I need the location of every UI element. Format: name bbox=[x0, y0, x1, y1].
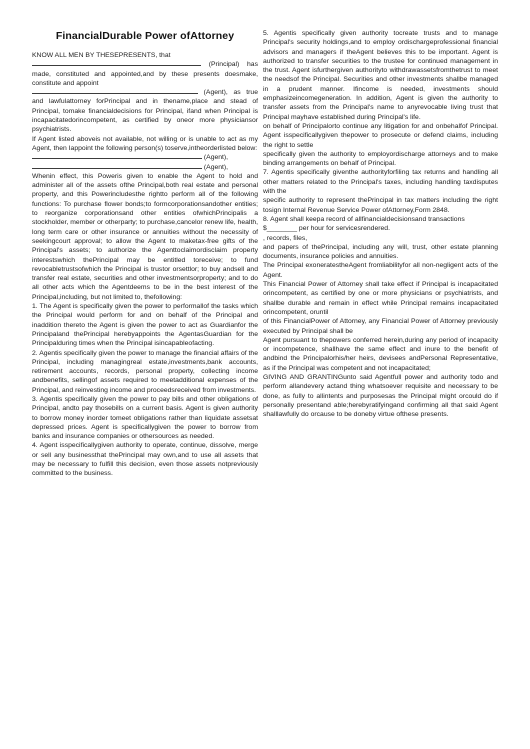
paragraph-when-in-effect: Whenin effect, this Poweris given to ena… bbox=[32, 172, 258, 302]
paragraph-giving-and-granting: GIVING AND GRANTINGunto said Agentfull p… bbox=[263, 373, 498, 419]
paragraph-exoneration: The Principal exoneratestheAgent fromlia… bbox=[263, 261, 498, 280]
paragraph-power-8-records: 8. Agent shall keepa record of allfinanc… bbox=[263, 215, 498, 224]
right-column: 5. Agentis specifically given authority … bbox=[263, 29, 498, 419]
paragraph-power-7-taxes: 7. Agentis specifically giventhe authori… bbox=[263, 168, 498, 214]
paragraph-power-2-financial-affairs: 2. Agentis specifically given the power … bbox=[32, 349, 258, 395]
successor-agent-line-1: (Agent), bbox=[32, 153, 258, 162]
principal-name-blank-field bbox=[32, 61, 201, 66]
agent-name-blank-field bbox=[32, 89, 198, 94]
document-page: FinancialDurable Power ofAttorney KNOW A… bbox=[0, 0, 530, 749]
paragraph-power-1-guardian: 1. The Agent is specifically given the p… bbox=[32, 302, 258, 348]
paragraph-power-6-litigation: on behalf of Principalorto continue any … bbox=[263, 122, 498, 168]
successor-agent-line-2: (Agent), bbox=[32, 163, 258, 172]
paragraph-records-files: , records, files, and papers of thePrinc… bbox=[263, 234, 498, 262]
clause-agent-appointment: (Agent), as true and lawfulattorney forP… bbox=[32, 88, 258, 134]
successor-agent-2-label: (Agent), bbox=[204, 164, 228, 171]
document-title: FinancialDurable Power ofAttorney bbox=[32, 30, 258, 42]
successor-agent-1-label: (Agent), bbox=[204, 154, 228, 161]
paragraph-durability-effect: This Financial Power of Attorney shall t… bbox=[263, 280, 498, 373]
successor-agent-2-blank-field bbox=[32, 164, 202, 169]
successor-agent-1-blank-field bbox=[32, 154, 202, 159]
paragraph-know-all-men: KNOW ALL MEN BY THESEPRESENTS, that bbox=[32, 51, 258, 60]
paragraph-power-3-pay-bills: 3. Agentis specifically given the power … bbox=[32, 395, 258, 441]
clause-principal-appointment: (Principal) has made, constituted and ap… bbox=[32, 60, 258, 88]
paragraph-power-5-trusts: 5. Agentis specifically given authority … bbox=[263, 29, 498, 122]
paragraph-successor-intro: If Agent listed aboveis not available, n… bbox=[32, 135, 258, 154]
fee-amount-line: $________ per hour for servicesrendered. bbox=[263, 224, 498, 233]
paragraph-power-4-business: 4. Agent isspecificallygiven authority t… bbox=[32, 441, 258, 478]
agent-clause-text: (Agent), as true and lawfulattorney forP… bbox=[32, 89, 258, 133]
left-column: KNOW ALL MEN BY THESEPRESENTS, that (Pri… bbox=[32, 51, 258, 479]
